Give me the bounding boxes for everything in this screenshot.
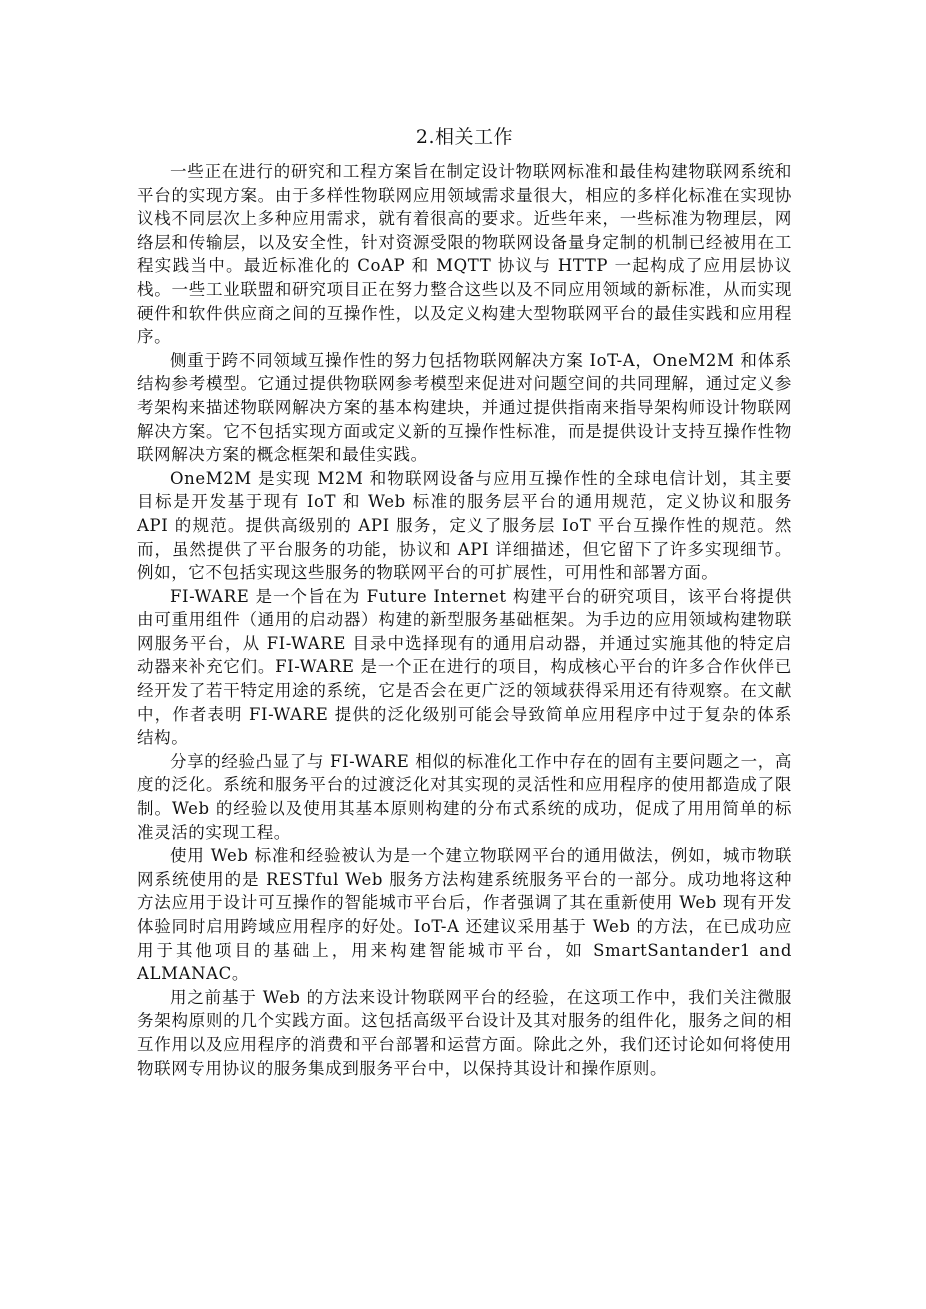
paragraph-standards-overview: 一些正在进行的研究和工程方案旨在制定设计物联网标准和最佳构建物联网系统和平台的实… bbox=[137, 160, 792, 349]
paragraph-this-work: 用之前基于 Web 的方法来设计物联网平台的经验，在这项工作中，我们关注微服务架… bbox=[137, 986, 792, 1080]
paragraph-web-standards: 使用 Web 标准和经验被认为是一个建立物联网平台的通用做法，例如，城市物联网系… bbox=[137, 844, 792, 986]
section-title: 2.相关工作 bbox=[137, 122, 792, 152]
paragraph-onem2m: OneM2M 是实现 M2M 和物联网设备与应用互操作性的全球电信计划，其主要目… bbox=[137, 467, 792, 585]
document-page: 2.相关工作 一些正在进行的研究和工程方案旨在制定设计物联网标准和最佳构建物联网… bbox=[137, 122, 792, 1080]
paragraph-iot-a: 侧重于跨不同领域互操作性的努力包括物联网解决方案 IoT-A，OneM2M 和体… bbox=[137, 349, 792, 467]
paragraph-fi-ware: FI-WARE 是一个旨在为 Future Internet 构建平台的研究项目… bbox=[137, 585, 792, 750]
paragraph-generalization: 分享的经验凸显了与 FI-WARE 相似的标准化工作中存在的固有主要问题之一，高… bbox=[137, 750, 792, 844]
